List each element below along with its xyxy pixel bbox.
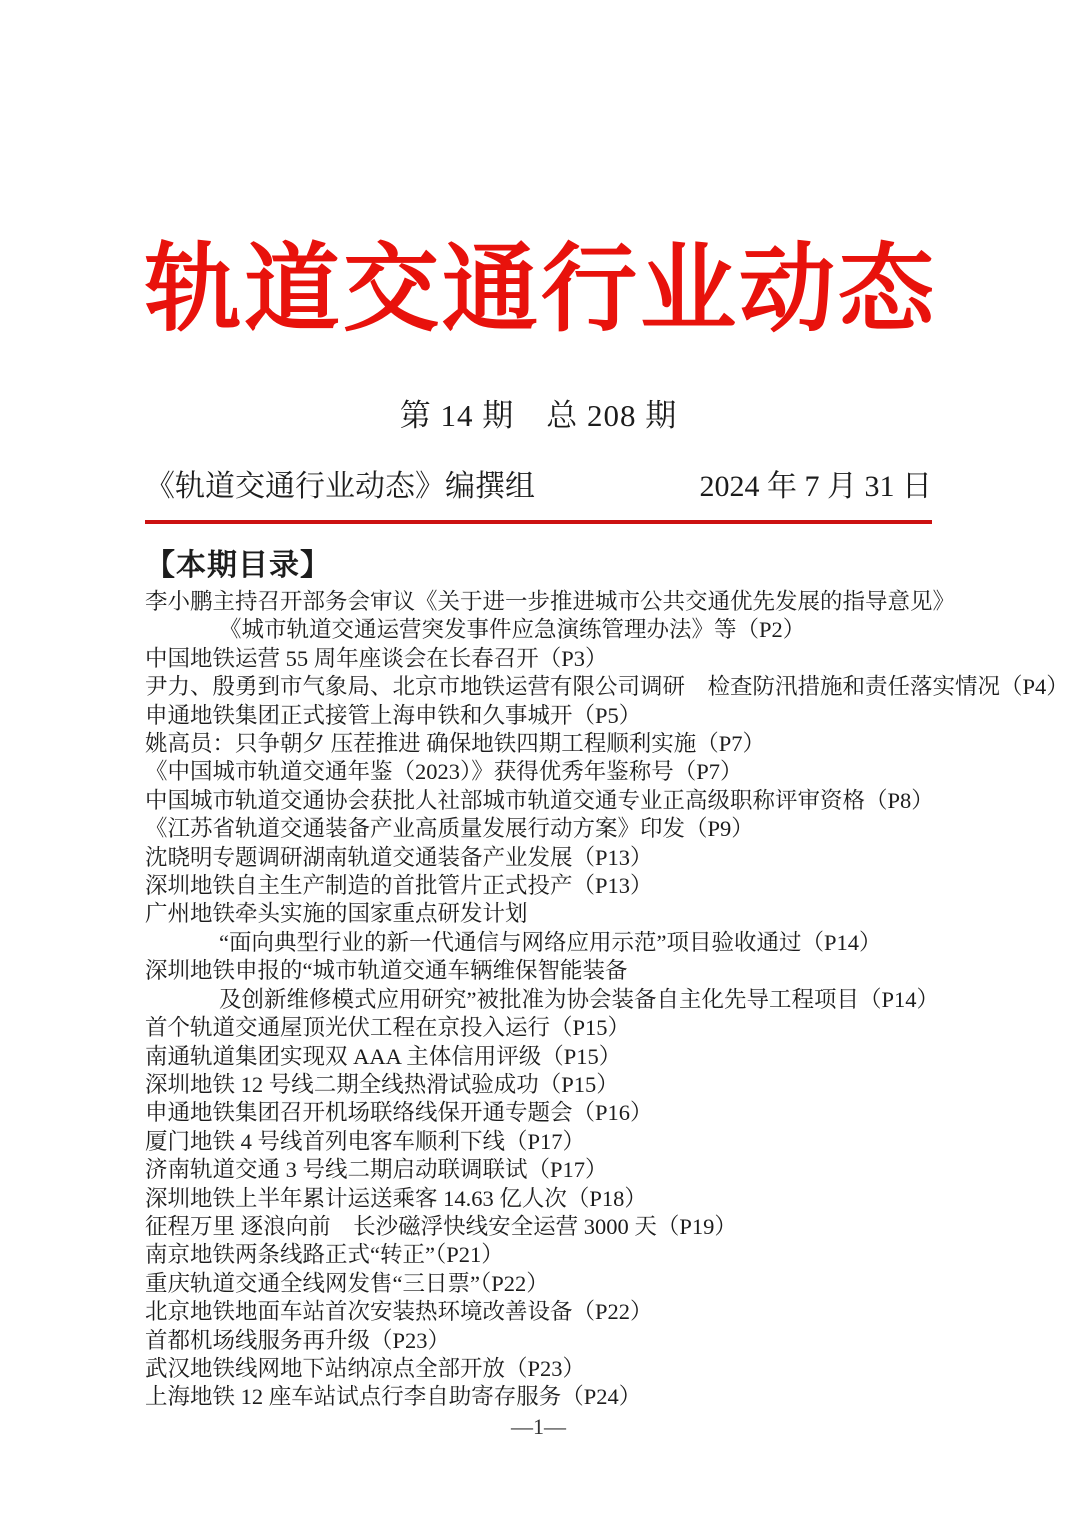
- editor-row: 《轨道交通行业动态》编撰组 2024 年 7 月 31 日: [145, 461, 932, 505]
- toc-item: 重庆轨道交通全线网发售“三日票”（P22）: [145, 1270, 932, 1298]
- toc-item: 首个轨道交通屋顶光伏工程在京投入运行（P15）: [145, 1014, 932, 1042]
- toc-section: 【本期目录】 李小鹏主持召开部务会审议《关于进一步推进城市公共交通优先发展的指导…: [145, 540, 932, 1412]
- toc-item: 中国城市轨道交通协会获批人社部城市轨道交通专业正高级职称评审资格（P8）: [145, 787, 932, 815]
- toc-heading: 【本期目录】: [145, 540, 932, 584]
- divider-rule: [145, 520, 932, 524]
- toc-item: 《中国城市轨道交通年鉴（2023）》获得优秀年鉴称号（P7）: [145, 758, 932, 786]
- toc-item: 上海地铁 12 座车站试点行李自助寄存服务（P24）: [145, 1383, 932, 1411]
- toc-item: 李小鹏主持召开部务会审议《关于进一步推进城市公共交通优先发展的指导意见》: [145, 588, 932, 616]
- masthead: 轨道交通行业动态 第 14 期 总 208 期 《轨道交通行业动态》编撰组 20…: [145, 0, 932, 524]
- toc-item: 首都机场线服务再升级（P23）: [145, 1327, 932, 1355]
- toc-item: 北京地铁地面车站首次安装热环境改善设备（P22）: [145, 1298, 932, 1326]
- toc-item: 《江苏省轨道交通装备产业高质量发展行动方案》印发（P9）: [145, 815, 932, 843]
- toc-item: 深圳地铁自主生产制造的首批管片正式投产（P13）: [145, 872, 932, 900]
- toc-item: “面向典型行业的新一代通信与网络应用示范”项目验收通过（P14）: [145, 929, 932, 957]
- newsletter-page: 轨道交通行业动态 第 14 期 总 208 期 《轨道交通行业动态》编撰组 20…: [0, 0, 1080, 1527]
- toc-item: 厦门地铁 4 号线首列电客车顺利下线（P17）: [145, 1128, 932, 1156]
- page-number: —1—: [145, 1414, 932, 1440]
- toc-item: 及创新维修模式应用研究”被批准为协会装备自主化先导工程项目（P14）: [145, 986, 932, 1014]
- toc-item: 武汉地铁线网地下站纳凉点全部开放（P23）: [145, 1355, 932, 1383]
- toc-item: 《城市轨道交通运营突发事件应急演练管理办法》等（P2）: [145, 616, 932, 644]
- toc-item: 广州地铁牵头实施的国家重点研发计划: [145, 900, 932, 928]
- toc-item: 济南轨道交通 3 号线二期启动联调联试（P17）: [145, 1156, 932, 1184]
- toc-item: 征程万里 逐浪向前 长沙磁浮快线安全运营 3000 天（P19）: [145, 1213, 932, 1241]
- toc-item: 尹力、殷勇到市气象局、北京市地铁运营有限公司调研 检查防汛措施和责任落实情况（P…: [145, 673, 932, 701]
- toc-list: 李小鹏主持召开部务会审议《关于进一步推进城市公共交通优先发展的指导意见》《城市轨…: [145, 588, 932, 1412]
- toc-item: 南京地铁两条线路正式“转正”（P21）: [145, 1241, 932, 1269]
- toc-item: 深圳地铁上半年累计运送乘客 14.63 亿人次（P18）: [145, 1185, 932, 1213]
- editorial-group-label: 《轨道交通行业动态》编撰组: [145, 461, 535, 505]
- toc-item: 沈晓明专题调研湖南轨道交通装备产业发展（P13）: [145, 844, 932, 872]
- toc-item: 中国地铁运营 55 周年座谈会在长春召开（P3）: [145, 645, 932, 673]
- toc-item: 深圳地铁申报的“城市轨道交通车辆维保智能装备: [145, 957, 932, 985]
- newsletter-title: 轨道交通行业动态: [145, 0, 932, 338]
- toc-item: 姚高员：只争朝夕 压茬推进 确保地铁四期工程顺利实施（P7）: [145, 730, 932, 758]
- toc-item: 申通地铁集团正式接管上海申铁和久事城开（P5）: [145, 702, 932, 730]
- issue-number-line: 第 14 期 总 208 期: [145, 390, 932, 435]
- toc-item: 申通地铁集团召开机场联络线保开通专题会（P16）: [145, 1099, 932, 1127]
- toc-item: 南通轨道集团实现双 AAA 主体信用评级（P15）: [145, 1043, 932, 1071]
- publication-date: 2024 年 7 月 31 日: [700, 461, 933, 505]
- toc-item: 深圳地铁 12 号线二期全线热滑试验成功（P15）: [145, 1071, 932, 1099]
